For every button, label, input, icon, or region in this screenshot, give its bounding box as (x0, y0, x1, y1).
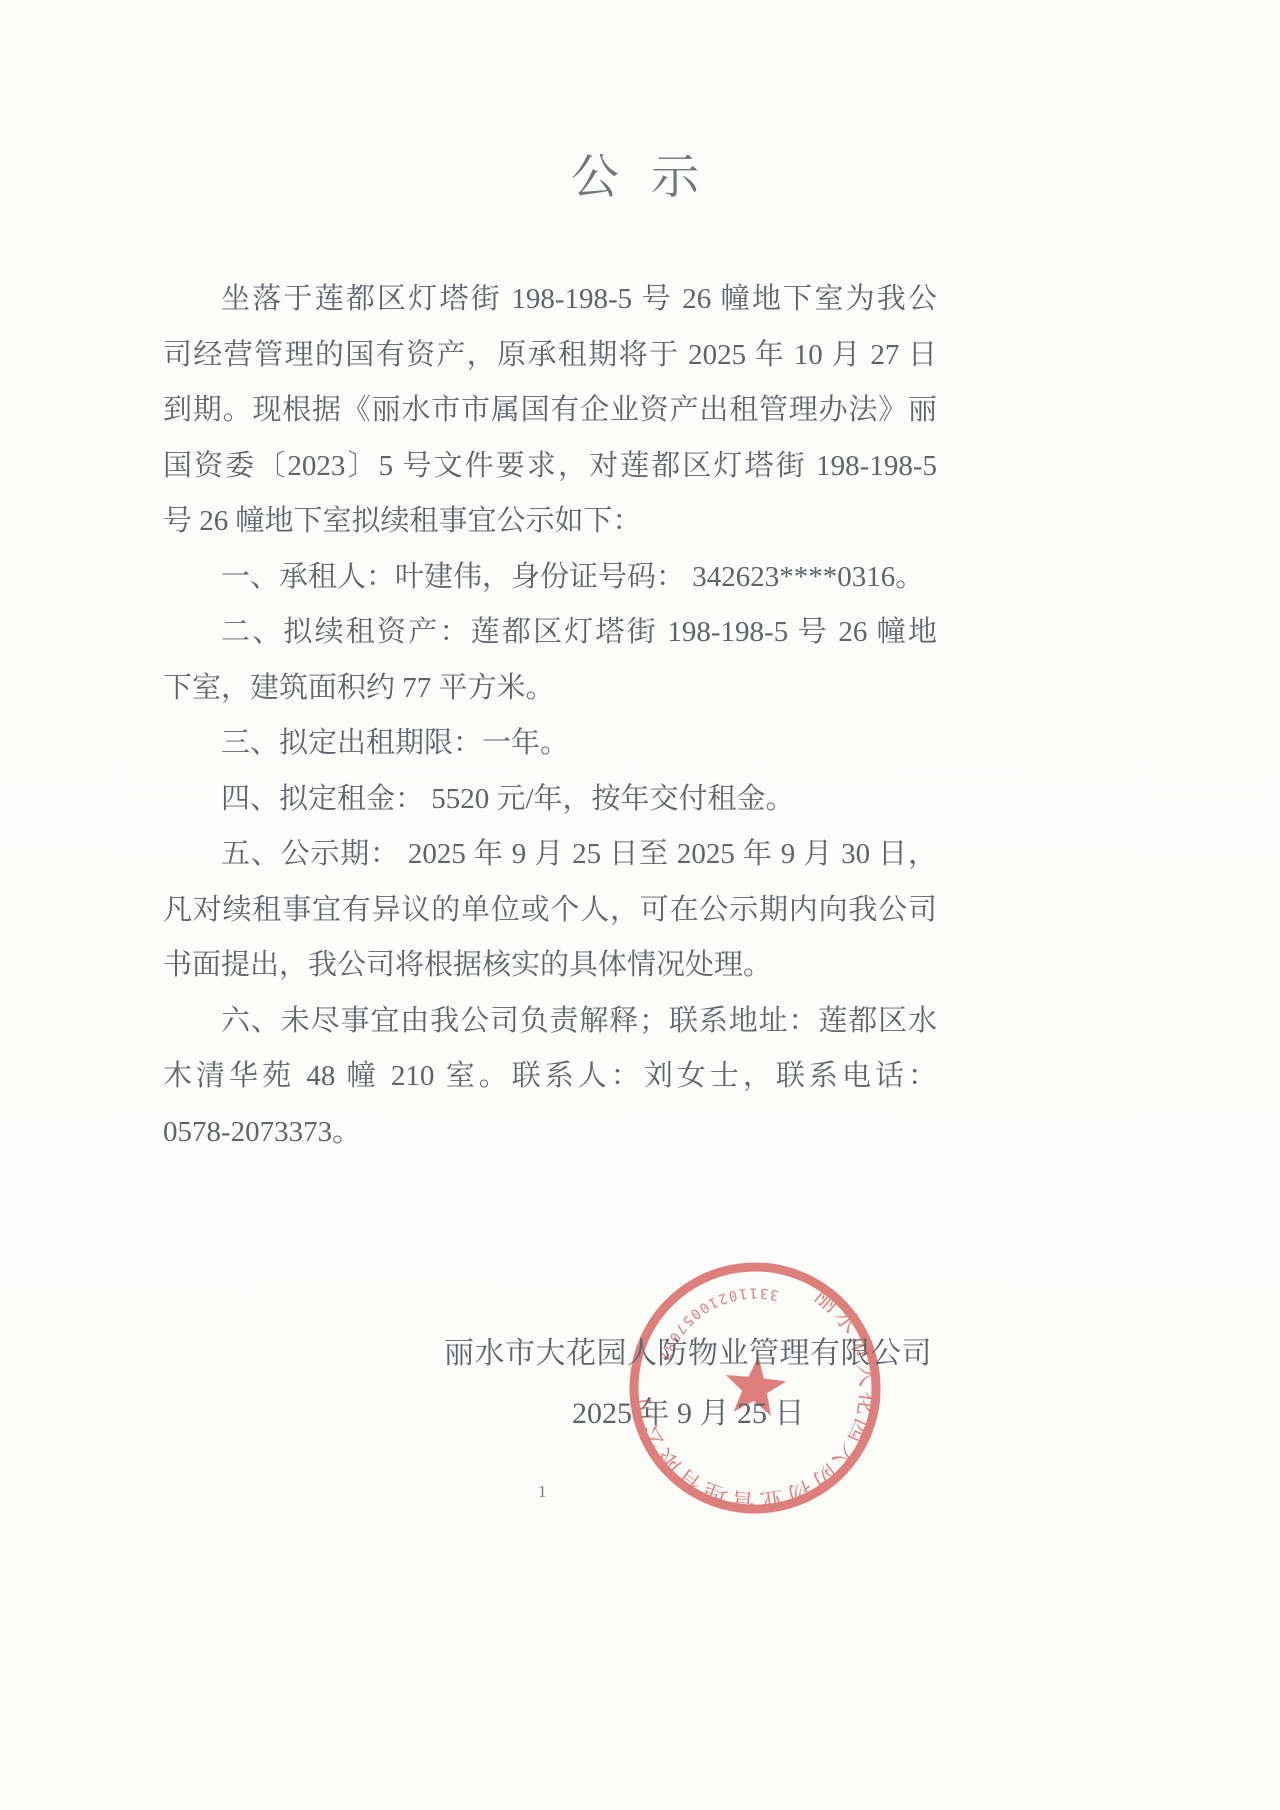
body-line-item-1: 一、承租人：叶建伟，身份证号码： 342623****0316。 (163, 550, 937, 606)
body-line: 到期。现根据《丽水市市属国有企业资产出租管理办法》丽 (163, 383, 937, 439)
body-line-item-3: 三、拟定出租期限：一年。 (163, 716, 937, 772)
page-title: 公 示 (0, 138, 1280, 207)
body-line-item-4: 四、拟定租金： 5520 元/年，按年交付租金。 (163, 772, 937, 828)
notice-body: 坐落于莲都区灯塔街 198-198-5 号 26 幢地下室为我公 司经营管理的国… (163, 272, 937, 1160)
body-line-item-2: 二、拟续租资产：莲都区灯塔街 198-198-5 号 26 幢地 (163, 605, 937, 661)
scanned-notice-page: 公 示 坐落于莲都区灯塔街 198-198-5 号 26 幢地下室为我公 司经营… (0, 0, 1280, 1810)
page-number: 1 (538, 1482, 547, 1502)
signature-company-name: 丽水市大花园人防物业管理有限公司 (444, 1328, 932, 1372)
body-line: 国资委〔2023〕5 号文件要求，对莲都区灯塔街 198-198-5 (163, 439, 937, 495)
body-line: 凡对续租事宜有异议的单位或个人，可在公示期内向我公司 (163, 883, 937, 939)
body-line-item-5: 五、公示期： 2025 年 9 月 25 日至 2025 年 9 月 30 日， (163, 827, 937, 883)
signature-date: 2025 年 9 月 25 日 (572, 1388, 805, 1432)
body-line: 0578-2073373。 (163, 1105, 937, 1161)
body-line: 司经营管理的国有资产，原承租期将于 2025 年 10 月 27 日 (163, 328, 937, 384)
body-line-item-6: 六、未尽事宜由我公司负责解释；联系地址：莲都区水 (163, 994, 937, 1050)
body-line: 书面提出，我公司将根据核实的具体情况处理。 (163, 938, 937, 994)
body-line: 坐落于莲都区灯塔街 198-198-5 号 26 幢地下室为我公 (163, 272, 937, 328)
body-line: 木清华苑 48 幢 210 室。联系人：刘女士，联系电话： (163, 1049, 937, 1105)
body-line: 号 26 幢地下室拟续租事宜公示如下： (163, 494, 937, 550)
body-line: 下室，建筑面积约 77 平方米。 (163, 661, 937, 717)
